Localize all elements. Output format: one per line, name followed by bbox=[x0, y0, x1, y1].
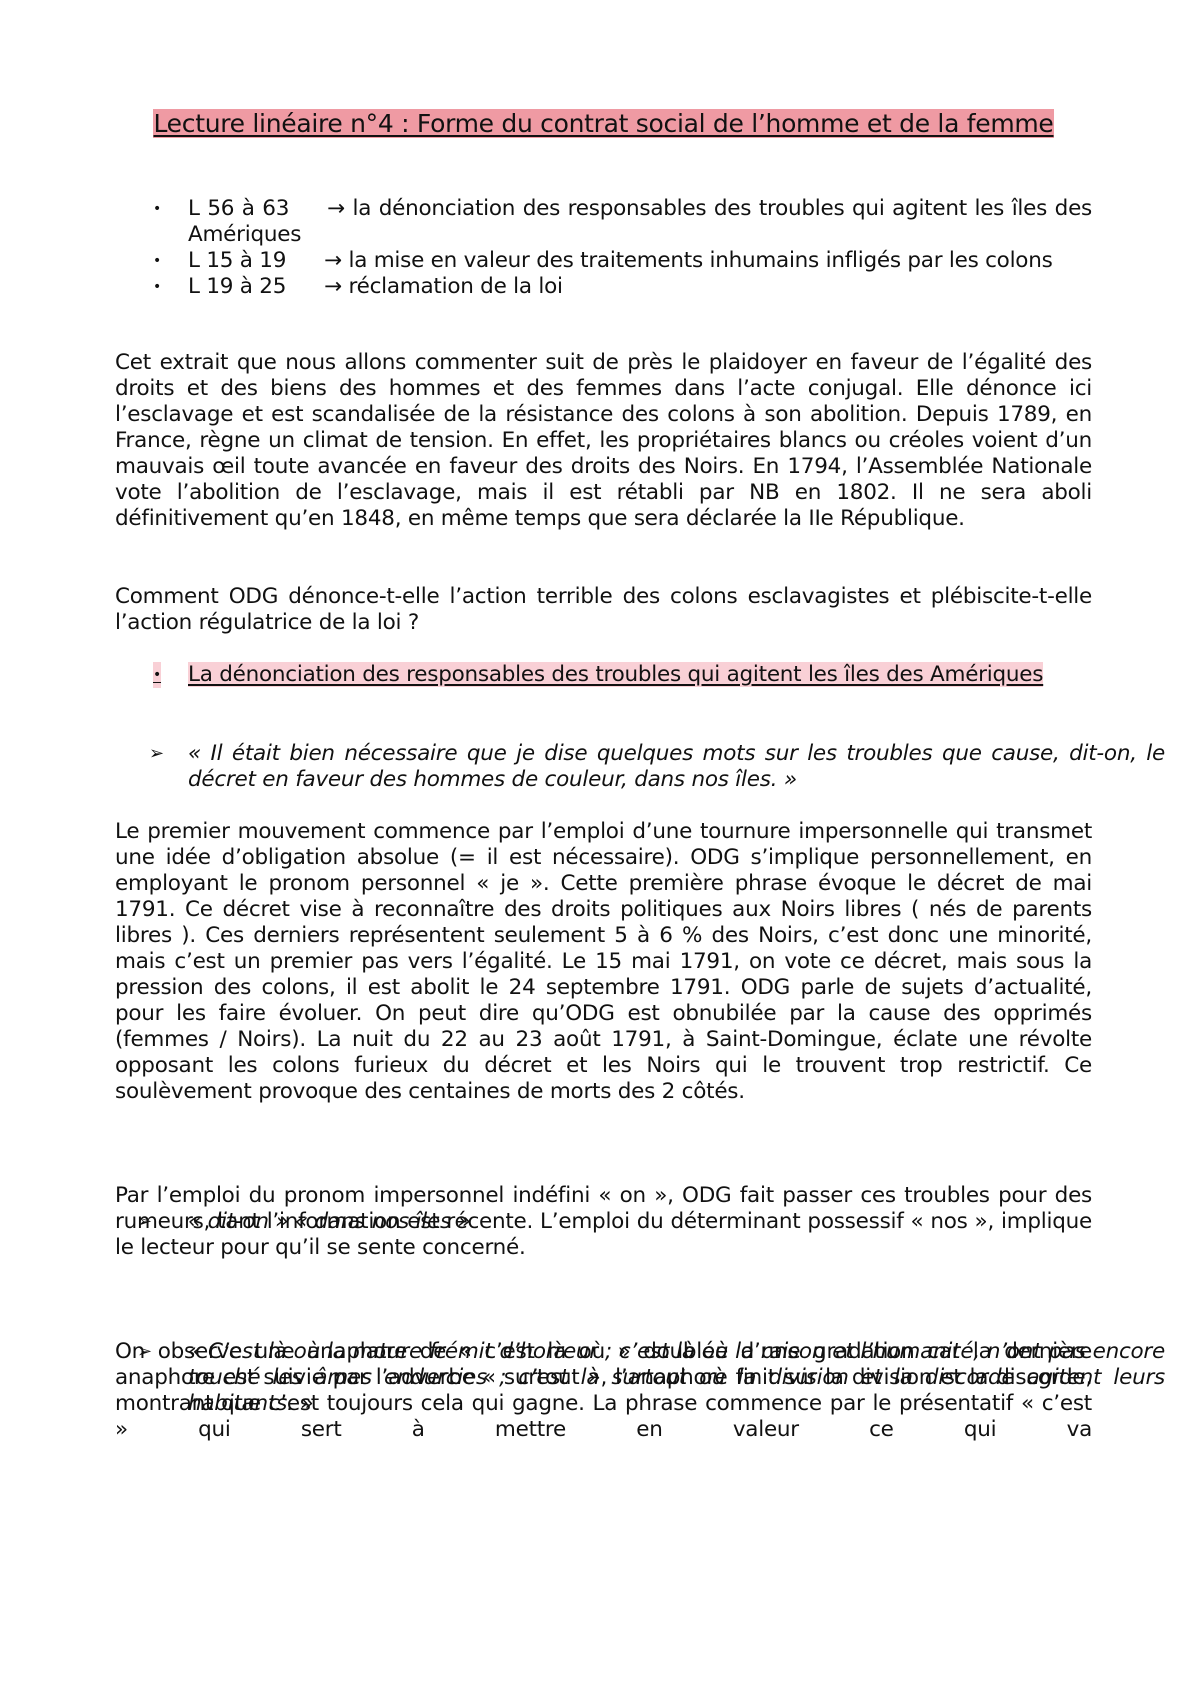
analysis-paragraph: Par l’emploi du pronom impersonnel indéf… bbox=[115, 1183, 1092, 1261]
plan-item: • L 19 à 25→ réclamation de la loi bbox=[115, 274, 1092, 300]
bullet-icon: • bbox=[153, 248, 161, 274]
arrow-icon: → bbox=[327, 196, 345, 221]
bullet-icon: • bbox=[153, 196, 161, 222]
plan-item: • L 15 à 19→ la mise en valeur des trait… bbox=[115, 248, 1092, 274]
problematique-paragraph: Comment ODG dénonce-t-elle l’action terr… bbox=[115, 584, 1092, 636]
quote-block: ➢ « Il était bien nécessaire que je dise… bbox=[115, 741, 1165, 793]
plan-item: • L 56 à 63→ la dénonciation des respons… bbox=[115, 196, 1092, 248]
arrow-icon: → bbox=[324, 274, 342, 299]
bullet-icon: • bbox=[153, 662, 161, 688]
analysis-paragraph: Le premier mouvement commence par l’empl… bbox=[115, 819, 1092, 1105]
plan-lines: L 15 à 19 bbox=[188, 248, 286, 273]
analysis-paragraph: On observe une anaphore de « c’est là où… bbox=[115, 1339, 1092, 1443]
document-page: Lecture linéaire n°4 : Forme du contrat … bbox=[115, 0, 1092, 156]
quote-text: « Il était bien nécessaire que je dise q… bbox=[188, 741, 1165, 792]
bullet-icon: • bbox=[153, 274, 161, 300]
plan-lines: L 56 à 63 bbox=[188, 196, 289, 221]
introduction-paragraph: Cet extrait que nous allons commenter su… bbox=[115, 350, 1092, 532]
plan-lines: L 19 à 25 bbox=[188, 274, 286, 299]
chevron-bullet-icon: ➢ bbox=[149, 741, 164, 767]
section-heading: • La dénonciation des responsables des t… bbox=[115, 662, 1092, 688]
plan-text: la mise en valeur des traitements inhuma… bbox=[348, 248, 1052, 273]
plan-list: • L 56 à 63→ la dénonciation des respons… bbox=[115, 196, 1092, 300]
arrow-icon: → bbox=[324, 248, 342, 273]
section-heading-text: La dénonciation des responsables des tro… bbox=[188, 662, 1043, 687]
plan-text: la dénonciation des responsables des tro… bbox=[188, 196, 1092, 247]
plan-text: réclamation de la loi bbox=[348, 274, 562, 299]
document-title: Lecture linéaire n°4 : Forme du contrat … bbox=[115, 107, 1092, 140]
